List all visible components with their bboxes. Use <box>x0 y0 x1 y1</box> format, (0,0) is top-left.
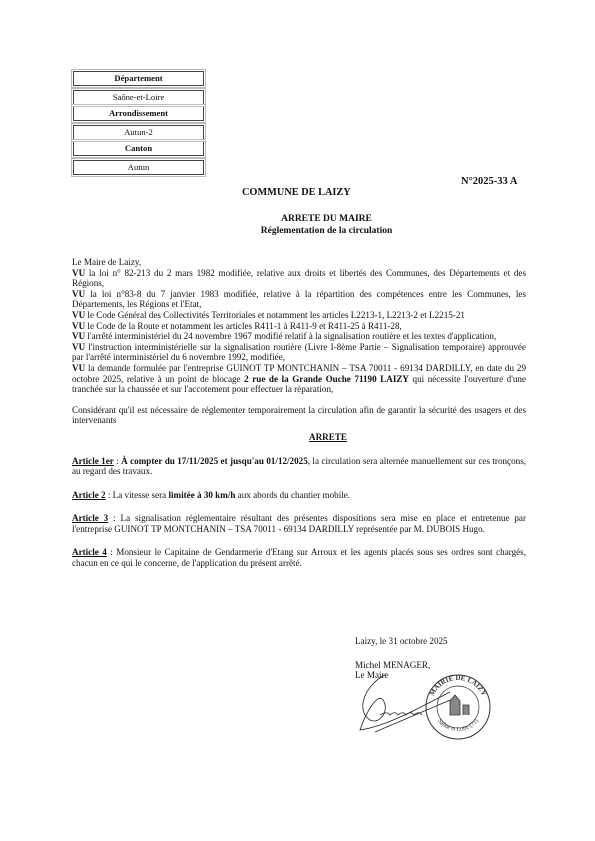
administrative-header-box: Département Saône-et-Loire Arrondissemen… <box>73 71 204 179</box>
department-value: Saône-et-Loire <box>73 90 204 105</box>
decree-reference-number: N°2025-33 A <box>461 176 517 187</box>
article-3: Article 3 : La signalisation réglementai… <box>72 513 526 534</box>
signature-and-stamp: MAIRIE DE LAIZY Saône et Loire (71) <box>355 670 495 745</box>
svg-text:Saône et Loire (71): Saône et Loire (71) <box>436 718 480 733</box>
vu-item: VU la loi n° 82-213 du 2 mars 1982 modif… <box>72 268 526 289</box>
document-title: ARRETE DU MAIRE Réglementation de la cir… <box>0 213 595 237</box>
article-2: Article 2 : La vitesse sera limitée à 30… <box>72 490 526 501</box>
department-label: Département <box>73 71 204 86</box>
place-date: Laizy, le 31 octobre 2025 <box>355 636 448 647</box>
vu-item: VU la loi n°83-8 du 7 janvier 1983 modif… <box>72 289 526 310</box>
considerant: Considérant qu'il est nécessaire de régl… <box>72 405 526 426</box>
canton-label: Canton <box>73 141 204 156</box>
vu-item: VU le Code Général des Collectivités Ter… <box>72 310 526 321</box>
title-line-1: ARRETE DU MAIRE <box>0 213 595 225</box>
vu-item: VU l'instruction interministérielle sur … <box>72 342 526 363</box>
preamble-intro: Le Maire de Laizy, <box>72 257 526 268</box>
vu-item: VU le Code de la Route et notamment les … <box>72 321 526 332</box>
title-line-2: Réglementation de la circulation <box>0 225 595 237</box>
canton-value: Autun <box>73 160 204 175</box>
article-1: Article 1er : À compter du 17/11/2025 et… <box>72 456 526 477</box>
arrete-heading: ARRETE <box>72 432 526 443</box>
vu-item-demand: VU la demande formulée par l'entreprise … <box>72 363 526 395</box>
document-body: Le Maire de Laizy, VU la loi n° 82-213 d… <box>72 257 526 569</box>
signatory-name: Michel MENAGER, <box>355 660 448 671</box>
commune-name: COMMUNE DE LAIZY <box>242 187 351 198</box>
vu-item: VU l'arrêté interministériel du 24 novem… <box>72 331 526 342</box>
svg-text:MAIRIE DE LAIZY: MAIRIE DE LAIZY <box>428 674 488 697</box>
arrondissement-label: Arrondissement <box>73 106 204 121</box>
arrondissement-value: Autun-2 <box>73 125 204 140</box>
article-4: Article 4 : Monsieur le Capitaine de Gen… <box>72 547 526 568</box>
